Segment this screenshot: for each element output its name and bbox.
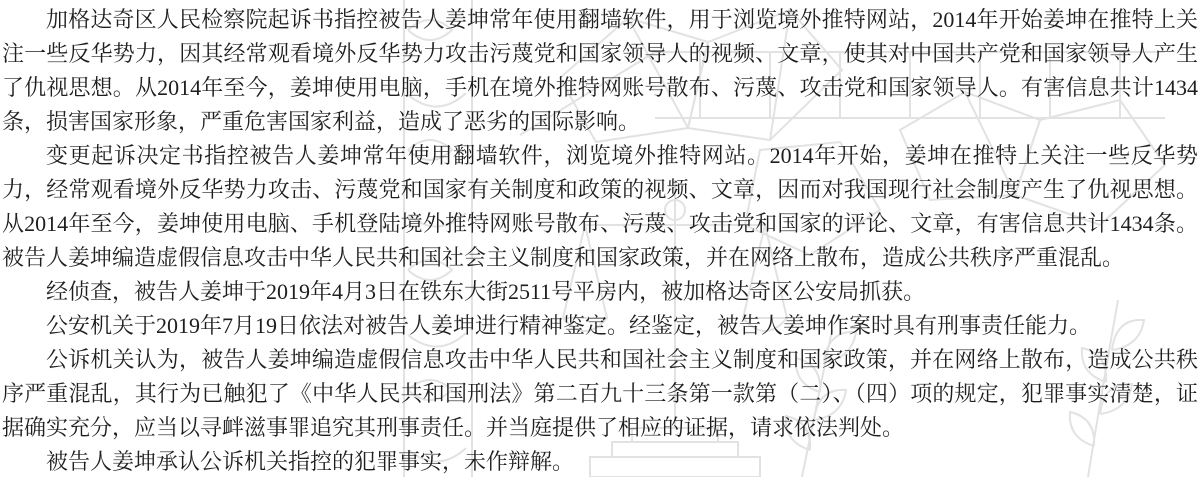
- paragraph-amended-prosecution-decision: 变更起诉决定书指控被告人姜坤常年使用翻墙软件，浏览境外推特网站。2014年开始，…: [2, 139, 1198, 275]
- paragraph-psychiatric-evaluation: 公安机关于2019年7月19日依法对被告人姜坤进行精神鉴定。经鉴定，被告人姜坤作…: [2, 309, 1198, 343]
- paragraph-defendant-admission: 被告人姜坤承认公诉机关指控的犯罪事实，未作辩解。: [2, 445, 1198, 477]
- document-page: 加格达奇区人民检察院起诉书指控被告人姜坤常年使用翻墙软件，用于浏览境外推特网站，…: [0, 0, 1200, 477]
- paragraph-prosecution-opinion: 公诉机关认为，被告人姜坤编造虚假信息攻击中华人民共和国社会主义制度和国家政策，并…: [2, 343, 1198, 445]
- paragraph-indictment-allegation: 加格达奇区人民检察院起诉书指控被告人姜坤常年使用翻墙软件，用于浏览境外推特网站，…: [2, 3, 1198, 139]
- document-text: 加格达奇区人民检察院起诉书指控被告人姜坤常年使用翻墙软件，用于浏览境外推特网站，…: [0, 0, 1200, 477]
- paragraph-investigation-arrest: 经侦查，被告人姜坤于2019年4月3日在铁东大街2511号平房内，被加格达奇区公…: [2, 275, 1198, 309]
